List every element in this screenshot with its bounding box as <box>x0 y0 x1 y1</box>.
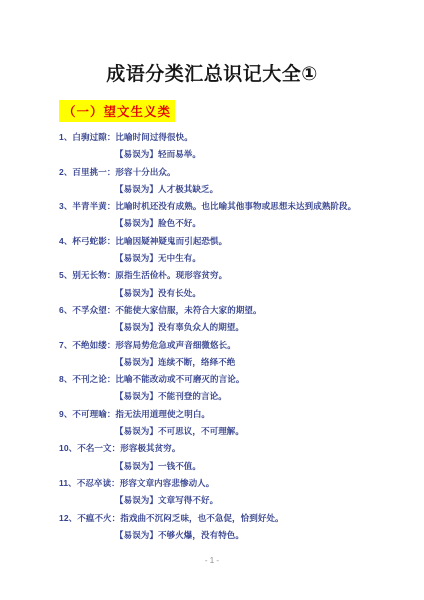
idiom-note: 【易误为】没有辜负众人的期望。 <box>59 319 367 336</box>
idiom-term: 1、白驹过隙：比喻时间过得很快。 <box>59 129 367 146</box>
idiom-item: 4、杯弓蛇影：比喻因疑神疑鬼而引起恐惧。【易误为】无中生有。 <box>59 233 367 268</box>
section-heading: （一）望文生义类 <box>59 100 175 122</box>
idiom-term: 4、杯弓蛇影：比喻因疑神疑鬼而引起恐惧。 <box>59 233 367 250</box>
idiom-item: 6、不孚众望：不能使大家信服，未符合大家的期望。【易误为】没有辜负众人的期望。 <box>59 302 367 337</box>
idiom-list: 1、白驹过隙：比喻时间过得很快。【易误为】轻而易举。2、百里挑一：形容十分出众。… <box>59 129 367 544</box>
idiom-term: 7、不绝如缕：形容局势危急或声音细微悠长。 <box>59 337 367 354</box>
idiom-term: 3、半青半黄：比喻时机还没有成熟。也比喻其他事物或思想未达到成熟阶段。 <box>59 198 367 215</box>
idiom-note: 【易误为】文章写得不好。 <box>59 492 367 509</box>
idiom-item: 8、不刊之论：比喻不能改动或不可磨灭的言论。【易误为】不能刊登的言论。 <box>59 371 367 406</box>
idiom-item: 2、百里挑一：形容十分出众。【易误为】人才极其缺乏。 <box>59 164 367 199</box>
idiom-note: 【易误为】不够火爆，没有特色。 <box>59 527 367 544</box>
idiom-term: 8、不刊之论：比喻不能改动或不可磨灭的言论。 <box>59 371 367 388</box>
section-heading-wrap: （一）望文生义类 <box>59 100 175 122</box>
idiom-note: 【易误为】不可思议，不可理解。 <box>59 423 367 440</box>
idiom-term: 9、不可理喻：指无法用道理使之明白。 <box>59 406 367 423</box>
idiom-note: 【易误为】无中生有。 <box>59 250 367 267</box>
document-page: 成语分类汇总识记大全① （一）望文生义类 1、白驹过隙：比喻时间过得很快。【易误… <box>0 0 424 600</box>
idiom-note: 【易误为】脸色不好。 <box>59 215 367 232</box>
page-number: - 1 - <box>0 556 424 565</box>
idiom-item: 12、不瘟不火：指戏曲不沉闷乏味，也不急促，恰到好处。【易误为】不够火爆，没有特… <box>59 510 367 545</box>
idiom-item: 3、半青半黄：比喻时机还没有成熟。也比喻其他事物或思想未达到成熟阶段。【易误为】… <box>59 198 367 233</box>
idiom-note: 【易误为】轻而易举。 <box>59 146 367 163</box>
idiom-note: 【易误为】没有长处。 <box>59 285 367 302</box>
idiom-note: 【易误为】人才极其缺乏。 <box>59 181 367 198</box>
idiom-note: 【易误为】一钱不值。 <box>59 458 367 475</box>
idiom-note: 【易误为】连续不断，络绎不绝 <box>59 354 367 371</box>
idiom-item: 10、不名一文：形容极其贫穷。【易误为】一钱不值。 <box>59 440 367 475</box>
document-title: 成语分类汇总识记大全① <box>0 59 424 86</box>
idiom-item: 7、不绝如缕：形容局势危急或声音细微悠长。【易误为】连续不断，络绎不绝 <box>59 337 367 372</box>
idiom-term: 11、不忍卒读：形容文章内容悲惨动人。 <box>59 475 367 492</box>
idiom-term: 6、不孚众望：不能使大家信服，未符合大家的期望。 <box>59 302 367 319</box>
idiom-note: 【易误为】不能刊登的言论。 <box>59 388 367 405</box>
idiom-item: 5、别无长物：原指生活俭朴。现形容贫穷。【易误为】没有长处。 <box>59 267 367 302</box>
idiom-item: 1、白驹过隙：比喻时间过得很快。【易误为】轻而易举。 <box>59 129 367 164</box>
idiom-term: 2、百里挑一：形容十分出众。 <box>59 164 367 181</box>
idiom-term: 10、不名一文：形容极其贫穷。 <box>59 440 367 457</box>
idiom-term: 12、不瘟不火：指戏曲不沉闷乏味，也不急促，恰到好处。 <box>59 510 367 527</box>
idiom-item: 11、不忍卒读：形容文章内容悲惨动人。【易误为】文章写得不好。 <box>59 475 367 510</box>
idiom-term: 5、别无长物：原指生活俭朴。现形容贫穷。 <box>59 267 367 284</box>
idiom-item: 9、不可理喻：指无法用道理使之明白。【易误为】不可思议，不可理解。 <box>59 406 367 441</box>
